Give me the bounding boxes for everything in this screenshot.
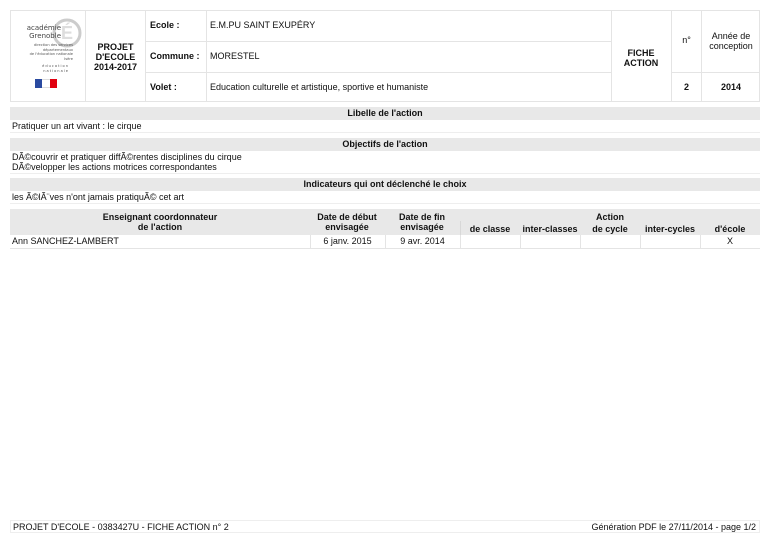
footer-left: PROJET D'ECOLE - 0383427U - FICHE ACTION…	[13, 522, 229, 532]
indicateurs-header: Indicateurs qui ont déclenché le choix	[10, 178, 760, 191]
annee-value: 2014	[702, 82, 760, 92]
project-title-line2: D'ECOLE	[86, 52, 145, 62]
volet-label: Volet :	[150, 82, 177, 92]
col-start-line1: Date de début	[310, 212, 384, 222]
col-end-date: Date de fin envisagée	[385, 212, 459, 232]
french-flag-icon	[35, 79, 57, 88]
col-d-ecole: d'école	[700, 224, 760, 234]
project-title: PROJET D'ECOLE 2014-2017	[86, 42, 145, 72]
action-table: Enseignant coordonnateur de l'action Dat…	[10, 209, 760, 249]
col-inter-cycles: inter-cycles	[640, 224, 700, 234]
annee-label-line2: conception	[702, 41, 760, 51]
col-start-line2: envisagée	[310, 222, 384, 232]
fiche-line1: FICHE	[611, 48, 671, 58]
col-action-group: Action	[460, 212, 760, 222]
commune-label: Commune :	[150, 51, 200, 61]
fiche-action-title: FICHE ACTION	[611, 48, 671, 68]
col-teacher: Enseignant coordonnateur de l'action	[10, 212, 310, 232]
header-table: É académie Grenoble direction des servic…	[10, 10, 760, 102]
number-value: 2	[672, 82, 701, 92]
annee-label: Année de conception	[702, 31, 760, 51]
col-teacher-line1: Enseignant coordonnateur	[10, 212, 310, 222]
page-footer: PROJET D'ECOLE - 0383427U - FICHE ACTION…	[10, 520, 760, 533]
objectif-item: DÃ©couvrir et pratiquer diffÃ©rentes dis…	[12, 152, 760, 162]
logo-sub5: éducation	[42, 64, 69, 69]
logo-sub6: nationale	[42, 69, 69, 74]
col-end-line1: Date de fin	[385, 212, 459, 222]
academie-logo: É académie Grenoble direction des servic…	[13, 13, 83, 101]
end-date: 9 avr. 2014	[385, 236, 460, 246]
volet-value: Education culturelle et artistique, spor…	[210, 82, 428, 92]
project-title-line3: 2014-2017	[86, 62, 145, 72]
annee-label-line1: Année de	[702, 31, 760, 41]
col-inter-classes: inter-classes	[520, 224, 580, 234]
indicateurs-value: les Ã©lÃ¨ves n'ont jamais pratiquÃ© cet …	[10, 191, 760, 204]
ecole-value: E.M.PU SAINT EXUPÉRY	[210, 20, 315, 30]
ecole-label: Ecole :	[150, 20, 180, 30]
start-date: 6 janv. 2015	[310, 236, 385, 246]
objectifs-header: Objectifs de l'action	[10, 138, 760, 151]
objectif-item: DÃ©velopper les actions motrices corresp…	[12, 162, 760, 172]
fiche-line2: ACTION	[611, 58, 671, 68]
logo-line1: académie	[27, 24, 61, 32]
libelle-value: Pratiquer un art vivant : le cirque	[10, 120, 760, 133]
number-label: n°	[672, 35, 701, 45]
objectifs-value: DÃ©couvrir et pratiquer diffÃ©rentes dis…	[10, 151, 760, 174]
project-title-line1: PROJET	[86, 42, 145, 52]
col-de-classe: de classe	[460, 224, 520, 234]
col-end-line2: envisagée	[385, 222, 459, 232]
libelle-header: Libelle de l'action	[10, 107, 760, 120]
logo-sub4: Isère	[30, 57, 73, 62]
table-row: Ann SANCHEZ-LAMBERT 6 janv. 2015 9 avr. …	[10, 235, 760, 249]
svg-text:É: É	[61, 22, 73, 43]
teacher-name: Ann SANCHEZ-LAMBERT	[12, 236, 119, 246]
mark-d-ecole: X	[700, 236, 760, 246]
footer-right: Génération PDF le 27/11/2014 - page 1/2	[592, 522, 756, 532]
col-start-date: Date de début envisagée	[310, 212, 384, 232]
logo-sub1: direction des services	[30, 43, 73, 48]
commune-value: MORESTEL	[210, 51, 260, 61]
col-de-cycle: de cycle	[580, 224, 640, 234]
col-teacher-line2: de l'action	[10, 222, 310, 232]
logo-line2: Grenoble	[27, 32, 61, 40]
